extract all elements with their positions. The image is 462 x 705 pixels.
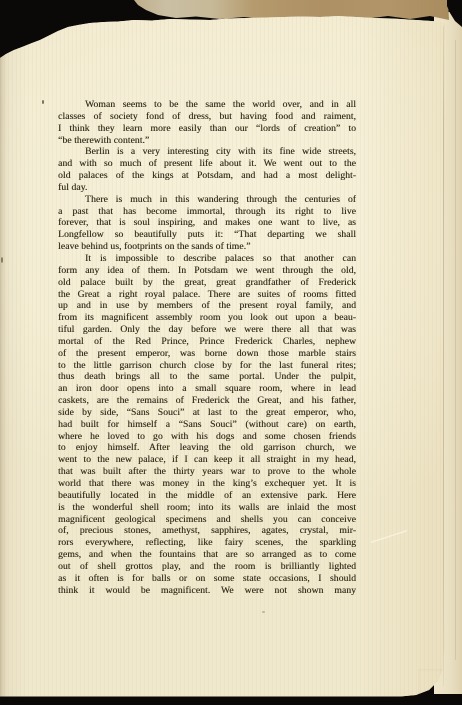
paragraph: There is much in this wandering through …	[58, 194, 356, 253]
text-line: that was built after the thirty years wa…	[58, 466, 356, 478]
text-line: old palace built by the great, great gra…	[58, 277, 356, 289]
text-line: Longfellow so beautifully puts it: “That…	[58, 229, 356, 241]
text-line: leave behind us, footprints on the sands…	[58, 241, 356, 253]
paragraph: Berlin is a very interesting city with i…	[58, 146, 356, 193]
page-text: Woman seems to be the same the world ove…	[58, 99, 356, 596]
text-line: forever, that is soul inspiring, and mak…	[58, 217, 356, 229]
text-line: old palaces of the kings at Potsdam, and…	[58, 170, 356, 182]
paper-speck	[42, 100, 44, 104]
page-edge-crease	[443, 26, 445, 686]
text-line: world that there was money in the king’s…	[58, 478, 356, 490]
text-line: Woman seems to be the same the world ove…	[58, 99, 356, 111]
text-line: form any idea of them. In Potsdam we wen…	[58, 265, 356, 277]
text-line: where he loved to go with his dogs and s…	[58, 431, 356, 443]
book-page: Woman seems to be the same the world ove…	[0, 0, 462, 705]
text-line: “be therewith content.”	[58, 135, 356, 147]
paragraph: Woman seems to be the same the world ove…	[58, 99, 356, 146]
page-edge-crease-outer	[455, 40, 456, 660]
text-line: to enjoy himself. After leaving the old …	[58, 442, 356, 454]
text-line: the Great a right royal palace. There ar…	[58, 289, 356, 301]
text-line: a past that has become immortal, through…	[58, 206, 356, 218]
text-line: to the little garrison church close by f…	[58, 360, 356, 372]
text-line: classes of society fond of dress, but ha…	[58, 111, 356, 123]
text-line: There is much in this wandering through …	[58, 194, 356, 206]
text-line: is the wonderful shell room; into its wa…	[58, 502, 356, 514]
text-line: and with so much of present life about i…	[58, 158, 356, 170]
text-line: gems, and when the fountains that are so…	[58, 549, 356, 561]
text-line: went to the new palace, if I can keep it…	[58, 454, 356, 466]
paragraph: It is impossible to describe palaces so …	[58, 253, 356, 596]
text-line: rors everywhere, reflecting, like fairy …	[58, 537, 356, 549]
text-line: out of shell grottos play, and the room …	[58, 561, 356, 573]
text-line: caskets, are the remains of Frederick th…	[58, 395, 356, 407]
text-line: think it would be magnificent. We were n…	[58, 585, 356, 597]
text-line: Berlin is a very interesting city with i…	[58, 146, 356, 158]
text-line: It is impossible to describe palaces so …	[58, 253, 356, 265]
text-line: I think they learn more easily than our …	[58, 123, 356, 135]
text-line: magnificent geological specimens and she…	[58, 514, 356, 526]
text-line: thus death brings all to the same portal…	[58, 371, 356, 383]
text-line: side by side, “Sans Souci” at last to th…	[58, 407, 356, 419]
text-line: of the present emperor, was borne down t…	[58, 348, 356, 360]
text-line: mortal of the Red Prince, Prince Frederi…	[58, 336, 356, 348]
text-line: of, precious stones, amethyst, sapphires…	[58, 525, 356, 537]
text-line: had built for himself a “Sans Souci” (wi…	[58, 419, 356, 431]
text-line: up and in use by members of the present …	[58, 300, 356, 312]
paper-speck	[262, 611, 265, 613]
text-line: tiful garden. Only the day before we wer…	[58, 324, 356, 336]
text-line: beautifully located in the middle of an …	[58, 490, 356, 502]
paper-scratch	[371, 530, 407, 543]
paper-speck	[1, 257, 3, 263]
scanned-book-page-photo: Woman seems to be the same the world ove…	[0, 0, 462, 705]
text-line: as it often is for balls or on some stat…	[58, 573, 356, 585]
text-line: an iron door opens into a small square r…	[58, 383, 356, 395]
text-line: ful day.	[58, 182, 356, 194]
text-line: from its magnificent assembly room you l…	[58, 312, 356, 324]
